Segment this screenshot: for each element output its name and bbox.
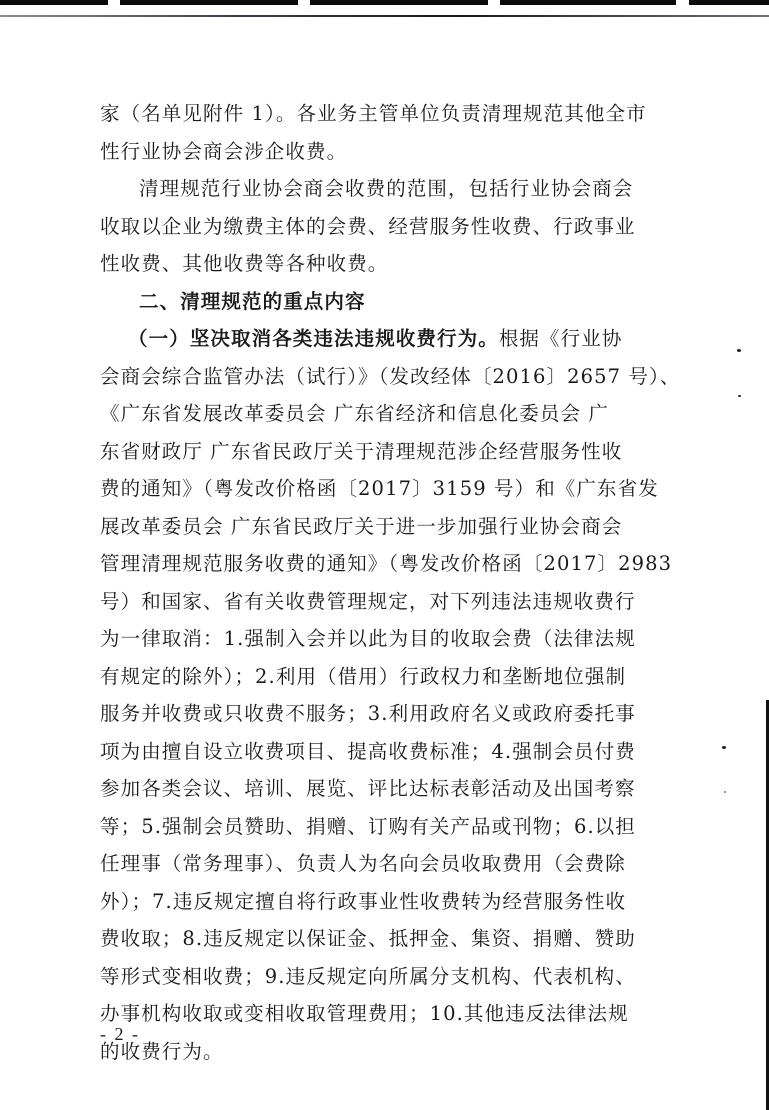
text-line: 为一律取消：1.强制入会并以此为目的收取会费（法律法规 [100,620,660,658]
scan-speck [722,746,726,749]
text-line: 性收费、其他收费等各种收费。 [100,245,660,283]
text-line: 等；5.强制会员赞助、捐赠、订购有关产品或刊物；6.以担 [100,808,660,846]
text-line: 有规定的除外）；2.利用（借用）行政权力和垄断地位强制 [100,658,660,696]
text-line: 费收取；8.违反规定以保证金、抵押金、集资、捐赠、赞助 [100,920,660,958]
page-number: - 2 - [100,1024,140,1045]
scan-speck [724,791,726,793]
subsection-heading: （一）坚决取消各类违法违规收费行为。 [128,327,499,350]
document-body: 家（名单见附件 1）。各业务主管单位负责清理规范其他全市 性行业协会商会涉企收费… [100,95,660,1070]
scan-border-top [0,0,769,5]
text-line: 办事机构收取或变相收取管理费用；10.其他违反法律法规 [100,995,660,1033]
paragraph-subsection-1: （一）坚决取消各类违法违规收费行为。根据《行业协 会商会综合监管办法（试行）》（… [100,320,660,1070]
section-heading: 二、清理规范的重点内容 [100,283,660,321]
text-line: 费的通知》（粤发改价格函〔2017〕3159 号）和《广东省发 [100,470,660,508]
text-line: 的收费行为。 [100,1033,660,1071]
scan-border-segment [120,0,298,5]
paragraph-scope: 清理规范行业协会商会收费的范围，包括行业协会商会 收取以企业为缴费主体的会费、经… [100,170,660,283]
text-line: 收取以企业为缴费主体的会费、经营服务性收费、行政事业 [100,208,660,246]
paragraph-continuation: 家（名单见附件 1）。各业务主管单位负责清理规范其他全市 性行业协会商会涉企收费… [100,95,660,170]
text-line: 等形式变相收费；9.违反规定向所属分支机构、代表机构、 [100,958,660,996]
text-run: 根据《行业协 [499,327,623,350]
subsection-first-line: （一）坚决取消各类违法违规收费行为。根据《行业协 [100,320,660,358]
text-line: 服务并收费或只收费不服务；3.利用政府名义或政府委托事 [100,695,660,733]
text-line: 《广东省发展改革委员会 广东省经济和信息化委员会 广 [100,395,660,433]
text-line: 家（名单见附件 1）。各业务主管单位负责清理规范其他全市 [100,95,660,133]
text-line: 会商会综合监管办法（试行）》（发改经体〔2016〕2657 号）、 [100,358,660,396]
scan-border-segment [310,0,488,5]
scan-border-segment [689,0,769,5]
text-line: 任理事（常务理事）、负责人为名向会员收取费用（会费除 [100,845,660,883]
text-line: 号）和国家、省有关收费管理规定，对下列违法违规收费行 [100,583,660,621]
scan-border-segment [500,0,676,5]
text-line: 东省财政厅 广东省民政厅关于清理规范涉企经营服务性收 [100,433,660,471]
text-line: 项为由擅自设立收费项目、提高收费标准；4.强制会员付费 [100,733,660,771]
text-line: 外）；7.违反规定擅自将行政事业性收费转为经营服务性收 [100,883,660,921]
scan-border-segment [0,0,108,5]
text-line: 参加各类会议、培训、展览、评比达标表彰活动及出国考察 [100,770,660,808]
scan-speck [737,349,741,352]
scan-edge-line [0,15,769,17]
text-line: 管理清理规范服务收费的通知》（粤发改价格函〔2017〕2983 [100,545,660,583]
scan-speck [738,395,741,397]
text-line: 性行业协会商会涉企收费。 [100,133,660,171]
text-line: 展改革委员会 广东省民政厅关于进一步加强行业协会商会 [100,508,660,546]
text-line: 清理规范行业协会商会收费的范围，包括行业协会商会 [100,170,660,208]
